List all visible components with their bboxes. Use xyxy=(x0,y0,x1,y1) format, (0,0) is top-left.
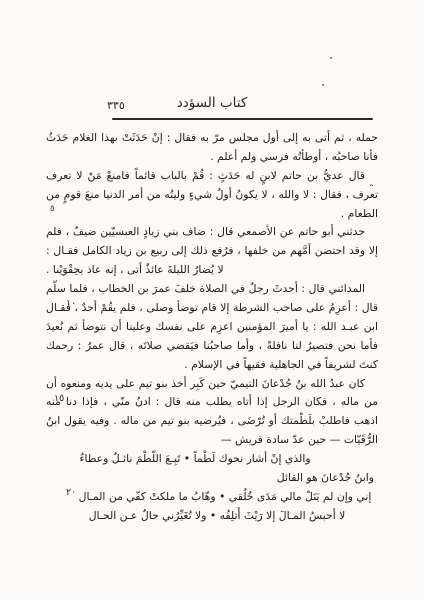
text-line: قال عديُّ بن حاتم لابنٍ له حَدَثٍ : قُمْ… xyxy=(46,167,378,186)
text-line: كان عبدُ الله بنُ جُدْعانَ التيميّ حين ك… xyxy=(46,375,378,394)
text-line: من ماله ، فكان الرجل إذا أتاه يطلب منه ق… xyxy=(46,393,378,412)
text-line: إلا وقد احتضن أمَّهم من خلفها ، فرُفع ذل… xyxy=(46,242,378,261)
verse-line: والذي إنْ أشار نحوك لَطْماً • تَبِـعَ ال… xyxy=(29,450,361,469)
text-line: وابنُ جُدْعانَ هو القائل xyxy=(46,469,378,488)
text-line: حدثني أبو حاتم عن الأصمعي قال : ضاف بني … xyxy=(46,223,378,242)
text-line: كنتَ لشريفاً في الجاهلية فقيهاً في الإسل… xyxy=(46,356,378,375)
margin-line-number: ٢٠ xyxy=(66,487,76,498)
text-line: المدائني قال : أحدثَ رجلٌ في الصلاة خلفَ… xyxy=(46,280,378,299)
scan-speck xyxy=(322,84,324,86)
text-line: ابن عبـد الله : يا أميرَ المؤمنين اعزِم … xyxy=(46,318,378,337)
margin-line-number: ٥ xyxy=(50,204,55,214)
text-block: حمله ، ثم أتى به إلى أول مجلس مرّ به فقا… xyxy=(46,129,378,526)
running-header-title: كتاب السؤدد xyxy=(0,95,424,111)
margin-line-number: ١٥ xyxy=(54,393,64,404)
text-line: فأما نحن فتصيرُ لنا نافلةً ، وأما صاحبُن… xyxy=(46,337,378,356)
scanned-book-page: ٣٣٥ كتاب السؤدد حمله ، ثم أتى به إلى أول… xyxy=(0,0,424,599)
text-line: قال : أعزِمُ على صاحب الشرطة إلا قام توض… xyxy=(46,299,378,318)
margin-line-number: ١٠ xyxy=(66,298,76,309)
text-line: الرُّقَيّات — حين عدّ سادة قريش — xyxy=(46,431,378,450)
scan-speck xyxy=(330,57,332,59)
verse-line: إني وإن لم يَنَلْ مالي مَدَى خُلُقي • وه… xyxy=(59,488,391,507)
verse-line: لا يُضارُ الليلةَ عائذٌ أتى ، إنه عاذ بح… xyxy=(46,261,378,280)
verse-line: لا أحبسُ المـالَ إلا رَيْثَ أُتلِفُه • و… xyxy=(51,507,383,526)
text-line: اذهب فاطلبْ بلَطْمتك أو تُرْضَى ، فيُرضي… xyxy=(46,412,378,431)
header-rule xyxy=(112,118,373,120)
text-line: فأنا صاحبُه ، أوطأتُه فرسي ولم أعلم . xyxy=(46,148,378,167)
text-line: تعرف ، فقال : لا والله ، لا يكونُ أولُ ش… xyxy=(46,186,378,205)
text-line: حمله ، ثم أتى به إلى أول مجلس مرّ به فقا… xyxy=(46,129,378,148)
text-line: الطعام . xyxy=(46,205,378,224)
